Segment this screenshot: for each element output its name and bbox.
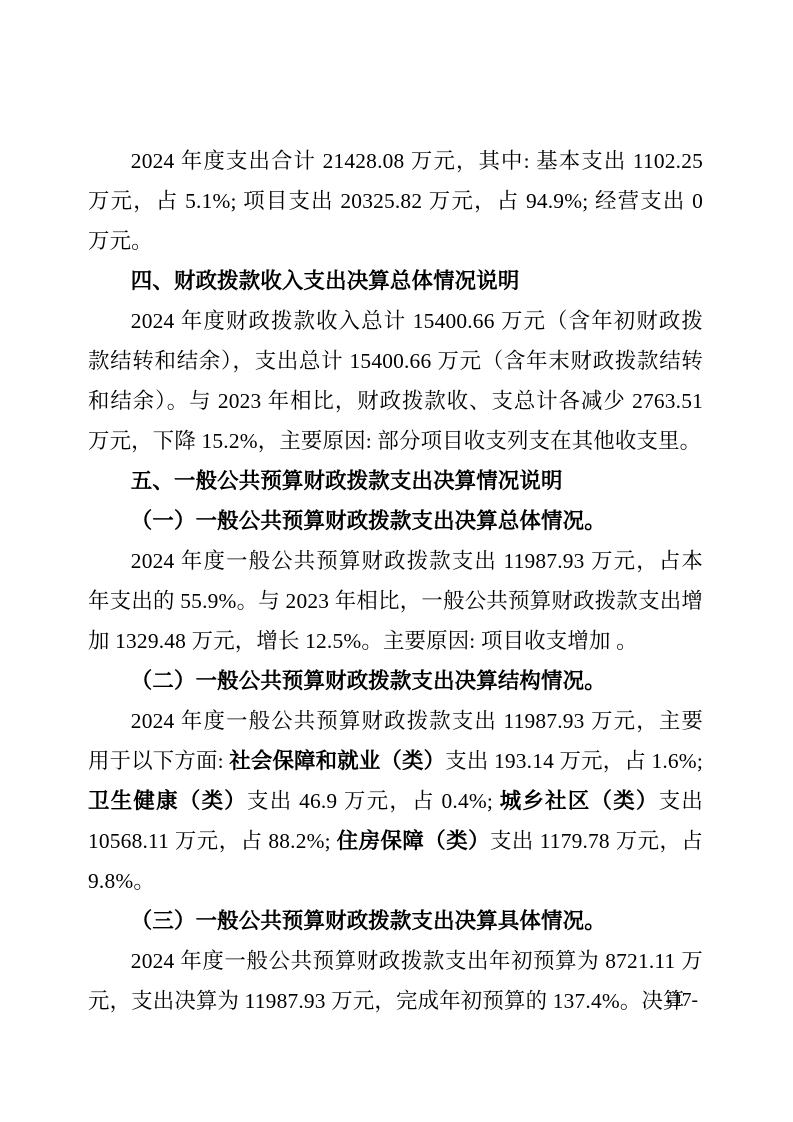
category-housing-security-label: 住房保障（类） bbox=[337, 829, 490, 853]
section-heading-five: 五、一般公共预算财政拨款支出决算情况说明 bbox=[88, 461, 703, 501]
paragraph-budget-vs-final: 2024 年度一般公共预算财政拨款支出年初预算为 8721.11 万元，支出决算… bbox=[88, 941, 703, 1021]
subsection-heading-three: （三）一般公共预算财政拨款支出决算具体情况。 bbox=[88, 901, 703, 941]
heading-text: 五、一般公共预算财政拨款支出决算情况说明 bbox=[131, 469, 563, 493]
paragraph-expenditure-structure: 2024 年度一般公共预算财政拨款支出 11987.93 万元，主要用于以下方面… bbox=[88, 701, 703, 901]
paragraph-fiscal-appropriation-overview: 2024 年度财政拨款收入总计 15400.66 万元（含年初财政拨款结转和结余… bbox=[88, 301, 703, 461]
heading-text: 四、财政拨款收入支出决算总体情况说明 bbox=[131, 269, 520, 293]
page-footer: -17- bbox=[666, 989, 699, 1013]
document-body: 2024 年度支出合计 21428.08 万元，其中: 基本支出 1102.25… bbox=[88, 141, 703, 1021]
heading-text: （一）一般公共预算财政拨款支出决算总体情况。 bbox=[131, 509, 606, 533]
heading-text: （二）一般公共预算财政拨款支出决算结构情况。 bbox=[131, 669, 606, 693]
subsection-heading-two: （二）一般公共预算财政拨款支出决算结构情况。 bbox=[88, 661, 703, 701]
section-heading-four: 四、财政拨款收入支出决算总体情况说明 bbox=[88, 261, 703, 301]
text-run: 2024 年度一般公共预算财政拨款支出年初预算为 8721.11 万元，支出决算… bbox=[88, 949, 703, 1013]
heading-text: （三）一般公共预算财政拨款支出决算具体情况。 bbox=[131, 909, 606, 933]
paragraph-general-budget-overall: 2024 年度一般公共预算财政拨款支出 11987.93 万元，占本年支出的 5… bbox=[88, 541, 703, 661]
text-run: 支出 46.9 万元，占 0.4%; bbox=[247, 789, 500, 813]
text-run: 2024 年度支出合计 21428.08 万元，其中: 基本支出 1102.25… bbox=[88, 149, 703, 253]
document-page: 2024 年度支出合计 21428.08 万元，其中: 基本支出 1102.25… bbox=[0, 0, 793, 1122]
category-health-label: 卫生健康（类） bbox=[88, 789, 247, 813]
text-run: 支出 193.14 万元，占 1.6%; bbox=[445, 749, 703, 773]
text-run: 2024 年度一般公共预算财政拨款支出 11987.93 万元，占本年支出的 5… bbox=[88, 549, 703, 653]
subsection-heading-one: （一）一般公共预算财政拨款支出决算总体情况。 bbox=[88, 501, 703, 541]
category-urban-rural-community-label: 城乡社区（类） bbox=[500, 789, 659, 813]
text-run: 2024 年度财政拨款收入总计 15400.66 万元（含年初财政拨款结转和结余… bbox=[88, 309, 703, 453]
page-number: -17- bbox=[666, 990, 699, 1011]
paragraph-total-expenditure: 2024 年度支出合计 21428.08 万元，其中: 基本支出 1102.25… bbox=[88, 141, 703, 261]
category-social-security-label: 社会保障和就业（类） bbox=[229, 749, 445, 773]
